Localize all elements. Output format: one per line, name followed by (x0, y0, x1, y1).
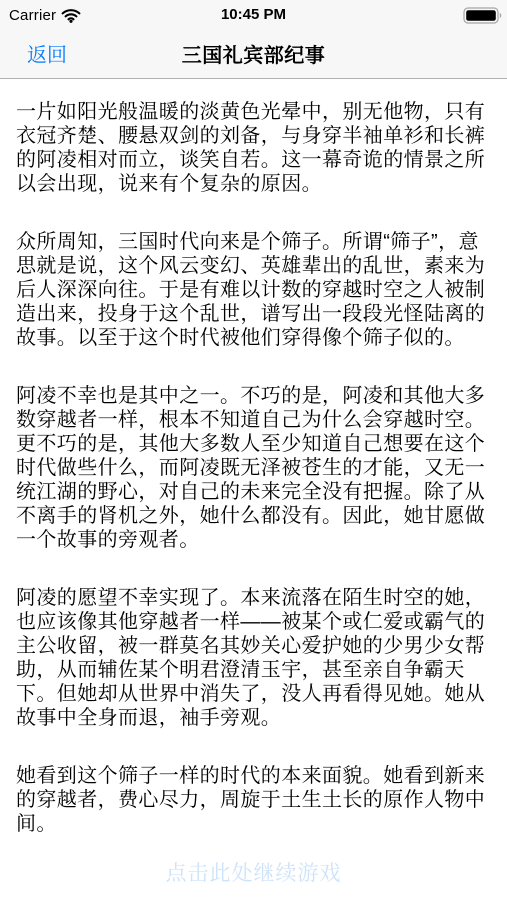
clock: 10:45 PM (0, 6, 507, 23)
story-paragraph: 阿凌的愿望不幸实现了。本来流落在陌生时空的她，也应该像其他穿越者一样——被某个或… (16, 586, 492, 730)
continue-game-link[interactable]: 点击此处继续游戏 (0, 857, 507, 887)
app-screen: Carrier 10:45 PM 返回 三国礼宾部纪事 (0, 0, 507, 900)
story-paragraph: 众所周知，三国时代向来是个筛子。所谓“筛子”，意思就是说，这个风云变幻、英雄辈出… (16, 230, 492, 350)
nav-bar: 返回 三国礼宾部纪事 (0, 27, 507, 79)
story-paragraph: 阿凌不幸也是其中之一。不巧的是，阿凌和其他大多数穿越者一样，根本不知道自己为什么… (16, 384, 492, 552)
story-paragraph: 一片如阳光般温暖的淡黄色光晕中，别无他物，只有衣冠齐楚、腰悬双剑的刘备，与身穿半… (16, 100, 492, 196)
story-text: 一片如阳光般温暖的淡黄色光晕中，别无他物，只有衣冠齐楚、腰悬双剑的刘备，与身穿半… (0, 79, 507, 836)
story-paragraph: 她看到这个筛子一样的时代的本来面貌。她看到新来的穿越者，费心尽力，周旋于土生土长… (16, 764, 492, 836)
back-button[interactable]: 返回 (27, 39, 67, 68)
top-chrome: Carrier 10:45 PM 返回 三国礼宾部纪事 (0, 0, 507, 79)
status-bar: Carrier 10:45 PM (0, 0, 507, 27)
page-title: 三国礼宾部纪事 (182, 39, 326, 68)
